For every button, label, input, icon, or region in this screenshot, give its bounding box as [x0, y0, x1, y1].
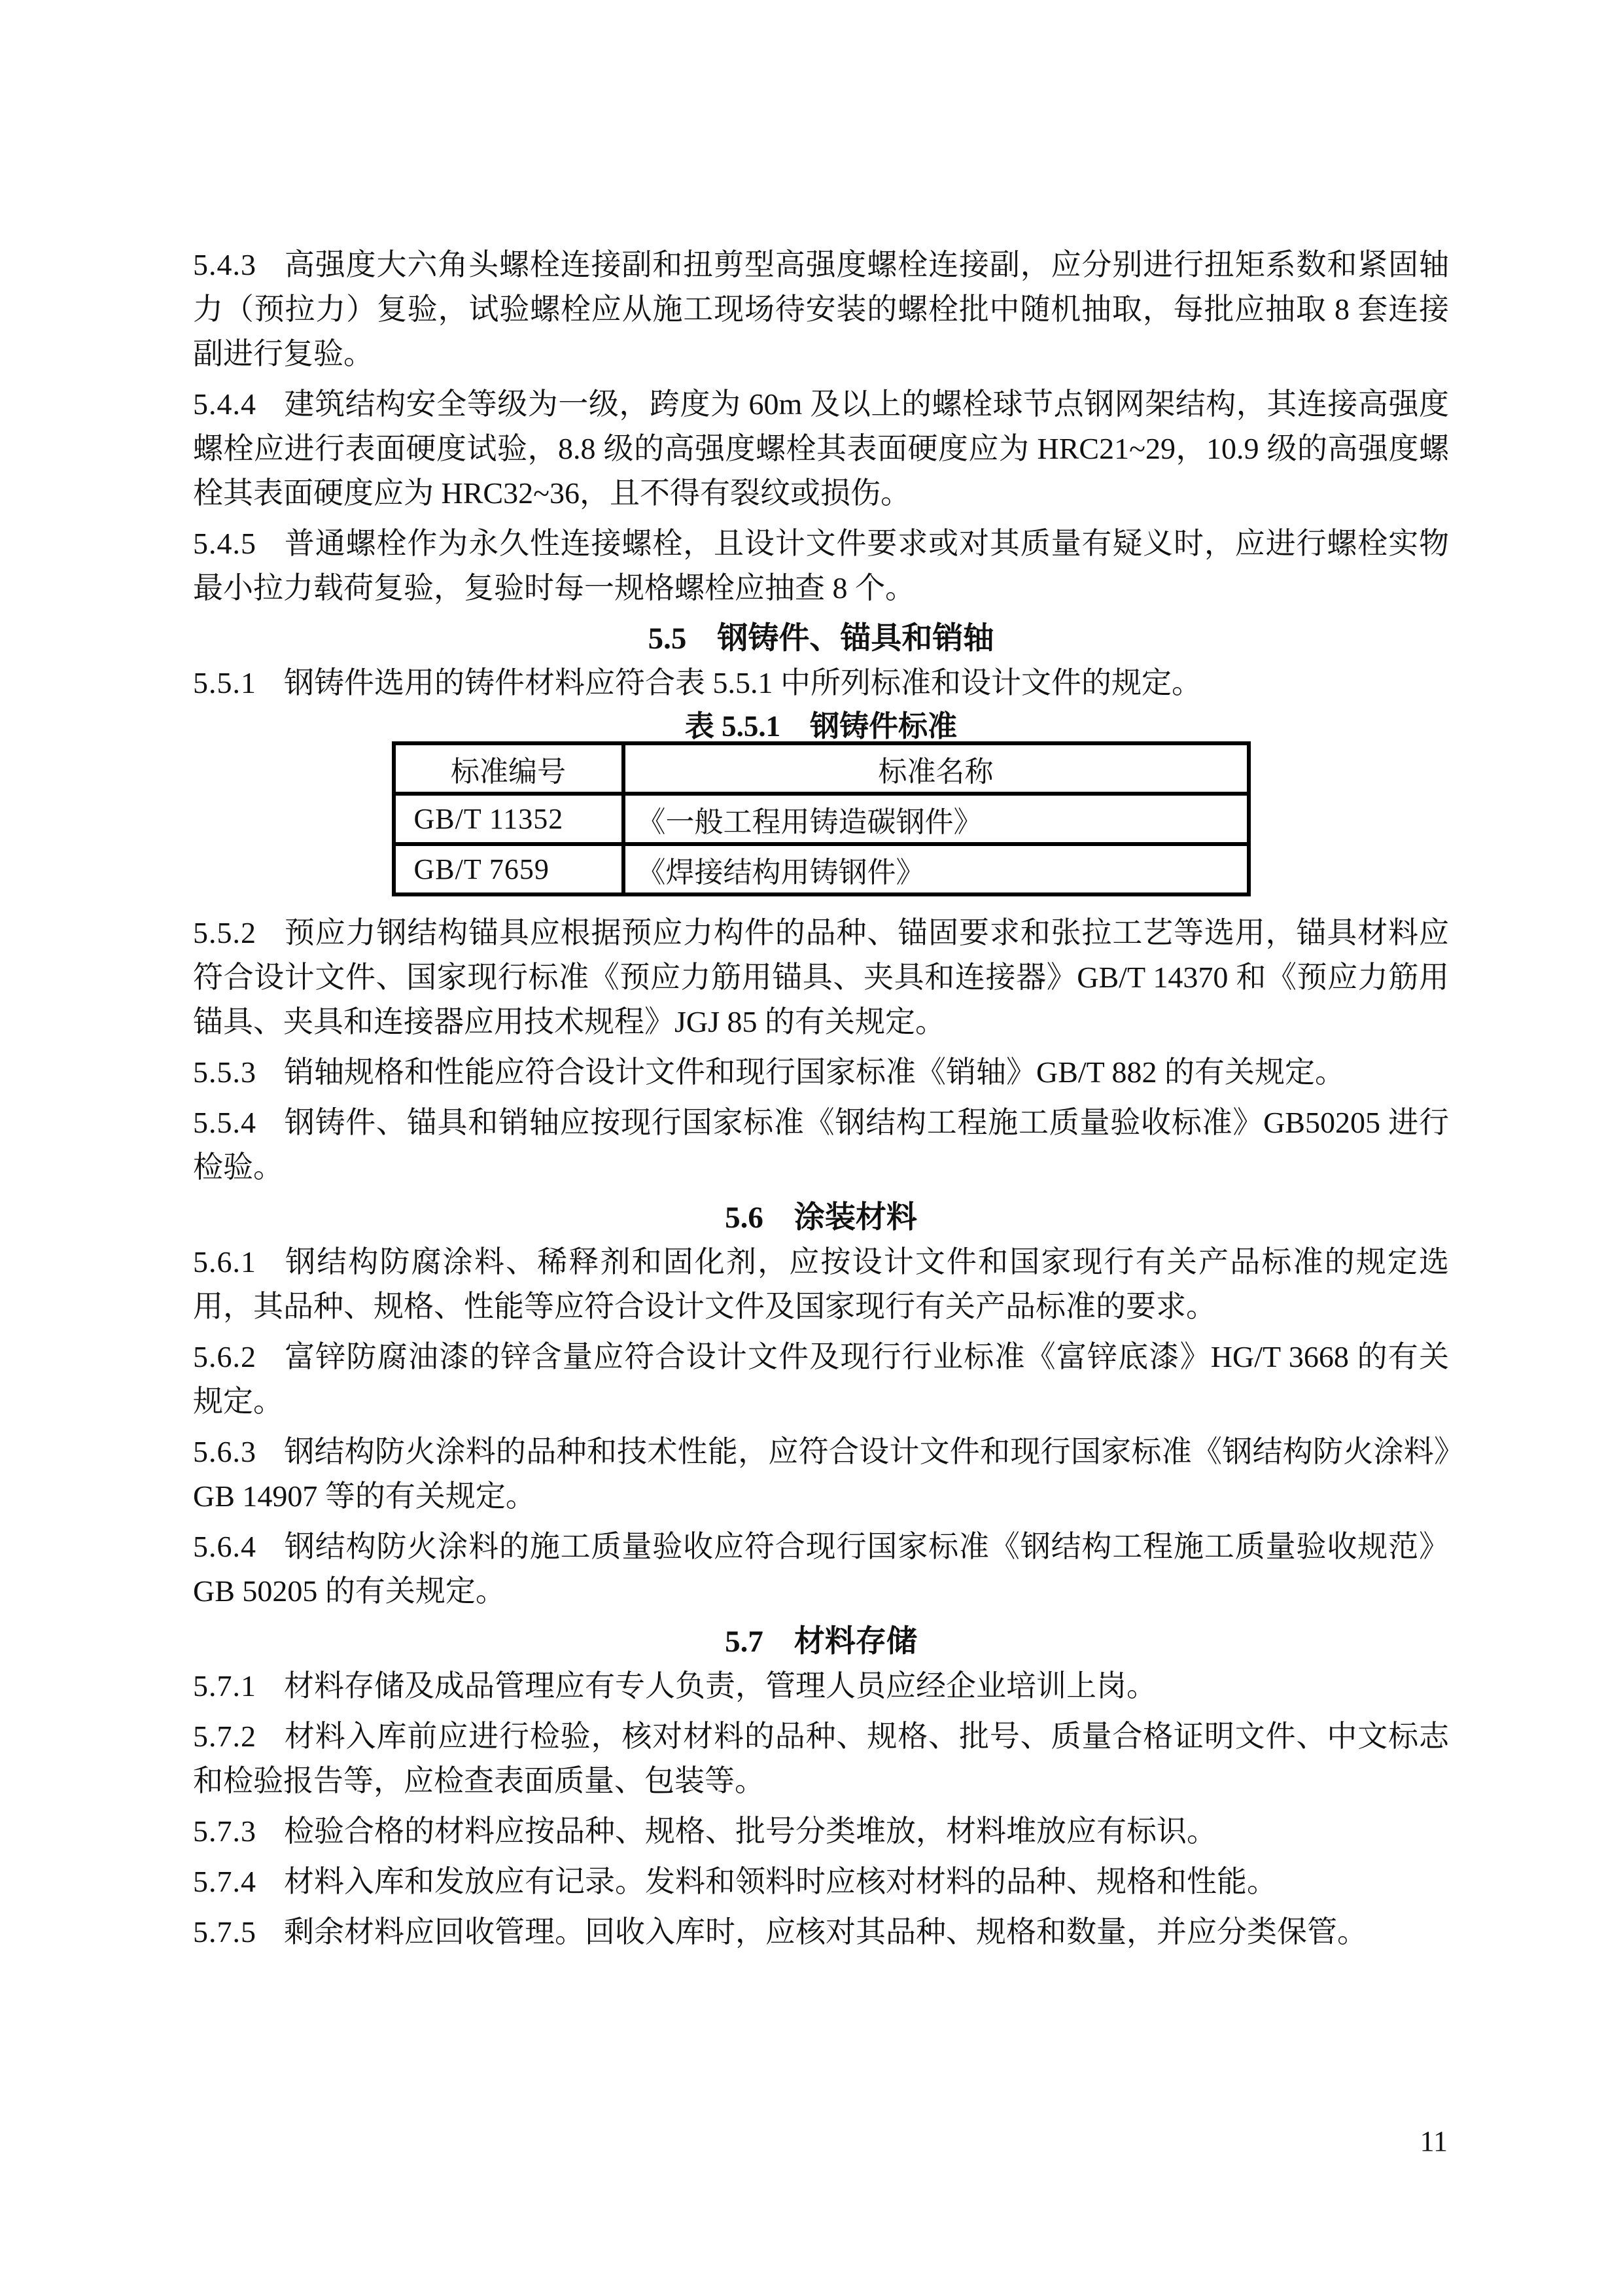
clause-5.7.2: 5.7.2材料入库前应进行检验，核对材料的品种、规格、批号、质量合格证明文件、中…	[193, 1714, 1449, 1803]
table-row: GB/T 7659 《焊接结构用铸钢件》	[394, 844, 1249, 894]
clause-5.6.2: 5.6.2富锌防腐油漆的锌含量应符合设计文件及现行行业标准《富锌底漆》HG/T …	[193, 1335, 1449, 1424]
clause-text: 销轴规格和性能应符合设计文件和现行国家标准《销轴》GB/T 882 的有关规定。	[284, 1055, 1345, 1089]
steel-castings-standard-table: 标准编号 标准名称 GB/T 11352 《一般工程用铸造碳钢件》 GB/T 7…	[392, 741, 1251, 896]
clause-number: 5.7.5	[193, 1915, 256, 1949]
clause-text: 钢结构防腐涂料、稀释剂和固化剂，应按设计文件和国家现行有关产品标准的规定选用，其…	[193, 1245, 1449, 1323]
clause-5.5.1: 5.5.1钢铸件选用的铸件材料应符合表 5.5.1 中所列标准和设计文件的规定。	[193, 661, 1449, 705]
clause-5.6.1: 5.6.1钢结构防腐涂料、稀释剂和固化剂，应按设计文件和国家现行有关产品标准的规…	[193, 1240, 1449, 1329]
clause-number: 5.7.2	[193, 1720, 256, 1753]
clause-number: 5.6.4	[193, 1530, 256, 1563]
page-content: 5.4.3高强度大六角头螺栓连接副和扭剪型高强度螺栓连接副，应分别进行扭矩系数和…	[193, 243, 1449, 1960]
clause-number: 5.4.5	[193, 527, 256, 560]
clause-5.6.4: 5.6.4钢结构防火涂料的施工质量验收应符合现行国家标准《钢结构工程施工质量验收…	[193, 1525, 1449, 1614]
clause-number: 5.5.4	[193, 1106, 256, 1139]
clause-5.4.4: 5.4.4建筑结构安全等级为一级，跨度为 60m 及以上的螺栓球节点钢网架结构，…	[193, 382, 1449, 516]
clause-number: 5.7.1	[193, 1669, 256, 1703]
clause-5.7.4: 5.7.4材料入库和发放应有记录。发料和领料时应核对材料的品种、规格和性能。	[193, 1860, 1449, 1904]
clause-text: 材料存储及成品管理应有专人负责，管理人员应经企业培训上岗。	[284, 1669, 1157, 1703]
clause-5.5.2: 5.5.2预应力钢结构锚具应根据预应力构件的品种、锚固要求和张拉工艺等选用，锚具…	[193, 911, 1449, 1044]
clause-5.4.5: 5.4.5普通螺栓作为永久性连接螺栓，且设计文件要求或对其质量有疑义时，应进行螺…	[193, 521, 1449, 610]
clause-5.7.3: 5.7.3检验合格的材料应按品种、规格、批号分类堆放，材料堆放应有标识。	[193, 1809, 1449, 1854]
table-header: 标准编号 标准名称	[394, 743, 1249, 794]
clause-number: 5.6.3	[193, 1435, 256, 1468]
clause-text: 剩余材料应回收管理。回收入库时，应核对其品种、规格和数量，并应分类保管。	[284, 1915, 1367, 1949]
clause-text: 高强度大六角头螺栓连接副和扭剪型高强度螺栓连接副，应分别进行扭矩系数和紧固轴力（…	[193, 248, 1449, 370]
page-number: 11	[1420, 2125, 1448, 2158]
section-heading-5.5: 5.5 钢铸件、锚具和销轴	[193, 616, 1449, 661]
clause-text: 普通螺栓作为永久性连接螺栓，且设计文件要求或对其质量有疑义时，应进行螺栓实物最小…	[193, 527, 1449, 605]
table-cell-standard-code: GB/T 11352	[394, 794, 623, 844]
clause-5.4.3: 5.4.3高强度大六角头螺栓连接副和扭剪型高强度螺栓连接副，应分别进行扭矩系数和…	[193, 243, 1449, 376]
clause-text: 钢铸件、锚具和销轴应按现行国家标准《钢结构工程施工质量验收标准》GB50205 …	[193, 1106, 1449, 1184]
clause-number: 5.7.4	[193, 1865, 256, 1898]
section-heading-5.7: 5.7 材料存储	[193, 1619, 1449, 1664]
clause-text: 预应力钢结构锚具应根据预应力构件的品种、锚固要求和张拉工艺等选用，锚具材料应符合…	[193, 916, 1449, 1038]
table-row: GB/T 11352 《一般工程用铸造碳钢件》	[394, 794, 1249, 844]
clause-text: 材料入库和发放应有记录。发料和领料时应核对材料的品种、规格和性能。	[284, 1865, 1277, 1898]
clause-text: 建筑结构安全等级为一级，跨度为 60m 及以上的螺栓球节点钢网架结构，其连接高强…	[193, 387, 1449, 510]
clause-number: 5.5.1	[193, 666, 256, 699]
clause-text: 钢铸件选用的铸件材料应符合表 5.5.1 中所列标准和设计文件的规定。	[284, 666, 1202, 699]
clause-number: 5.5.3	[193, 1055, 256, 1089]
table-cell-standard-code: GB/T 7659	[394, 844, 623, 894]
clause-number: 5.7.3	[193, 1814, 256, 1848]
clause-number: 5.4.3	[193, 248, 256, 281]
clause-5.5.3: 5.5.3销轴规格和性能应符合设计文件和现行国家标准《销轴》GB/T 882 的…	[193, 1050, 1449, 1095]
clause-text: 检验合格的材料应按品种、规格、批号分类堆放，材料堆放应有标识。	[284, 1814, 1217, 1848]
clause-5.7.1: 5.7.1材料存储及成品管理应有专人负责，管理人员应经企业培训上岗。	[193, 1664, 1449, 1708]
table-title: 表 5.5.1 钢铸件标准	[193, 711, 1449, 741]
table-header-row: 标准编号 标准名称	[394, 743, 1249, 794]
clause-text: 富锌防腐油漆的锌含量应符合设计文件及现行行业标准《富锌底漆》HG/T 3668 …	[193, 1340, 1449, 1418]
table-body: GB/T 11352 《一般工程用铸造碳钢件》 GB/T 7659 《焊接结构用…	[394, 794, 1249, 894]
clause-number: 5.4.4	[193, 387, 256, 421]
document-page: 5.4.3高强度大六角头螺栓连接副和扭剪型高强度螺栓连接副，应分别进行扭矩系数和…	[0, 0, 1623, 2296]
clause-5.6.3: 5.6.3钢结构防火涂料的品种和技术性能，应符合设计文件和现行国家标准《钢结构防…	[193, 1430, 1449, 1519]
clause-text: 钢结构防火涂料的施工质量验收应符合现行国家标准《钢结构工程施工质量验收规范》GB…	[193, 1530, 1449, 1608]
clause-5.7.5: 5.7.5剩余材料应回收管理。回收入库时，应核对其品种、规格和数量，并应分类保管…	[193, 1910, 1449, 1954]
clause-number: 5.5.2	[193, 916, 256, 949]
table-header-cell-standard-code: 标准编号	[394, 743, 623, 794]
table-header-cell-standard-name: 标准名称	[623, 743, 1249, 794]
clause-number: 5.6.2	[193, 1340, 256, 1373]
clause-text: 钢结构防火涂料的品种和技术性能，应符合设计文件和现行国家标准《钢结构防火涂料》G…	[193, 1435, 1449, 1513]
table-cell-standard-name: 《一般工程用铸造碳钢件》	[623, 794, 1249, 844]
clause-number: 5.6.1	[193, 1245, 256, 1279]
clause-5.5.4: 5.5.4钢铸件、锚具和销轴应按现行国家标准《钢结构工程施工质量验收标准》GB5…	[193, 1101, 1449, 1190]
section-heading-5.6: 5.6 涂装材料	[193, 1195, 1449, 1240]
table-cell-standard-name: 《焊接结构用铸钢件》	[623, 844, 1249, 894]
clause-text: 材料入库前应进行检验，核对材料的品种、规格、批号、质量合格证明文件、中文标志和检…	[193, 1720, 1449, 1797]
